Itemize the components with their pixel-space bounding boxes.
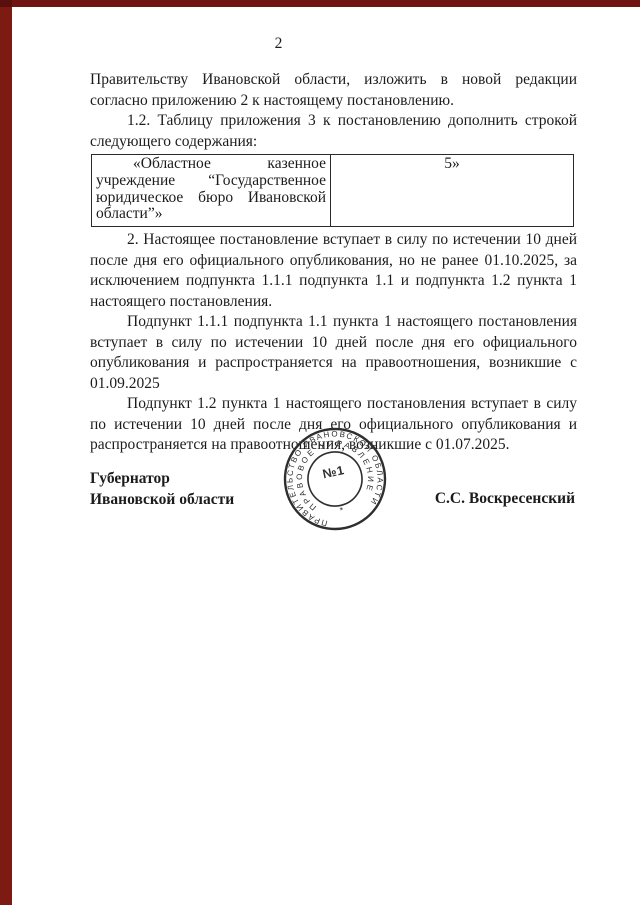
paragraph-point-1-2: 1.2. Таблицу приложения 3 к постановлени… bbox=[90, 111, 577, 152]
signer-name: С.С. Воскресенский bbox=[435, 490, 575, 508]
value-cell: 5» bbox=[331, 155, 574, 227]
signer-title-line2: Ивановской области bbox=[90, 489, 234, 510]
table-row: «Областное казенное учреждение “Государс… bbox=[92, 155, 574, 227]
page-number: 2 bbox=[90, 33, 467, 54]
signer-title: Губернатор Ивановской области bbox=[90, 468, 234, 510]
signer-title-line1: Губернатор bbox=[90, 468, 234, 489]
stamp-number: №1 bbox=[321, 463, 345, 481]
stamp-star-icon: * bbox=[339, 505, 345, 516]
paragraph-subpoint-1-1-1: Подпункт 1.1.1 подпункта 1.1 пункта 1 на… bbox=[90, 312, 577, 394]
paragraph-point-2: 2. Настоящее постановление вступает в си… bbox=[90, 230, 577, 312]
signature-block: Губернатор Ивановской области ПРАВИТЕЛЬС… bbox=[90, 467, 577, 617]
org-name-cell: «Областное казенное учреждение “Государс… bbox=[92, 155, 331, 227]
amendment-table: «Областное казенное учреждение “Государс… bbox=[91, 154, 574, 227]
stamp-svg: ПРАВИТЕЛЬСТВО ИВАНОВСКОЙ ОБЛАСТИ ПРАВОВО… bbox=[280, 424, 390, 534]
page-content: 2 Правительству Ивановской области, изло… bbox=[0, 0, 640, 617]
paragraph-continuation: Правительству Ивановской области, изложи… bbox=[90, 70, 577, 111]
official-stamp-icon: ПРАВИТЕЛЬСТВО ИВАНОВСКОЙ ОБЛАСТИ ПРАВОВО… bbox=[280, 424, 390, 534]
document-page: { "page": { "number": "2", "edge_left_co… bbox=[0, 0, 640, 905]
